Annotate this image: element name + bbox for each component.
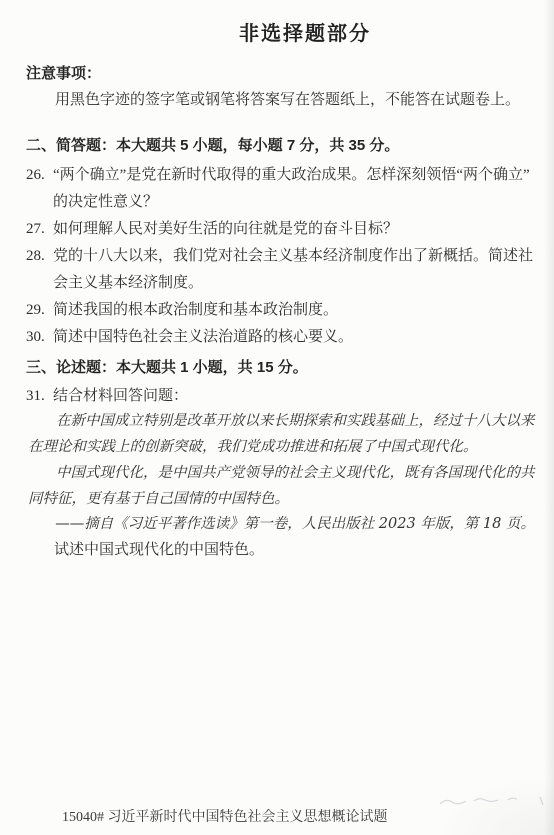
question-29-number: 29.: [26, 297, 45, 324]
material-paragraph-1: 在新中国成立特别是改革开放以来长期探索和实践基础上，经过十八大以来在理论和实践上…: [28, 408, 535, 460]
question-29-text: 简述我国的根本政治制度和基本政治制度。: [53, 302, 338, 318]
question-31-number: 31.: [26, 383, 45, 410]
question-30-number: 30.: [26, 324, 45, 351]
question-28-number: 28.: [26, 243, 45, 270]
question-30: 30. 简述中国特色社会主义法治道路的核心要义。: [26, 324, 535, 351]
question-26: 26. “两个确立”是党在新时代取得的重大政治成果。怎样深刻领悟“两个确立”的决…: [26, 162, 535, 216]
exam-paper-page: 非选择题部分 注意事项： 用黑色字迹的签字笔或钢笔将答案写在答题纸上，不能答在试…: [0, 0, 554, 835]
question-26-text: “两个确立”是党在新时代取得的重大政治成果。怎样深刻领悟“两个确立”的决定性意义…: [53, 167, 530, 210]
question-26-number: 26.: [26, 162, 45, 189]
question-30-text: 简述中国特色社会主义法治道路的核心要义。: [53, 329, 353, 345]
question-31-text: 结合材料回答问题：: [53, 388, 188, 404]
question-28: 28. 党的十八大以来，我们党对社会主义基本经济制度作出了新概括。简述社会主义基…: [26, 243, 535, 297]
question-27-number: 27.: [26, 216, 45, 243]
question-29: 29. 简述我国的根本政治制度和基本政治制度。: [26, 297, 535, 324]
question-31-task: 试述中国式现代化的中国特色。: [54, 537, 264, 564]
page-title: 非选择题部分: [28, 17, 554, 46]
section3-heading: 三、论述题：本大题共 1 小题，共 15 分。: [26, 356, 308, 377]
material-attribution: ——摘自《习近平著作选读》第一卷，人民出版社 2023 年版，第 18 页。: [28, 511, 535, 537]
notice-text: 用黑色字迹的签字笔或钢笔将答案写在答题纸上，不能答在试题卷上。: [55, 87, 520, 114]
section2-heading: 二、简答题：本大题共 5 小题，每小题 7 分，共 35 分。: [26, 134, 399, 155]
question-27-text: 如何理解人民对美好生活的向往就是党的奋斗目标？: [53, 221, 398, 237]
scan-edge-shadow: [544, 0, 554, 835]
question-28-text: 党的十八大以来，我们党对社会主义基本经济制度作出了新概括。简述社会主义基本经济制…: [53, 248, 533, 291]
question-31: 31. 结合材料回答问题：: [26, 383, 535, 410]
material-paragraph-2: 中国式现代化，是中国共产党领导的社会主义现代化，既有各国现代化的共同特征，更有基…: [28, 460, 535, 512]
footer-exam-code: 15040# 习近平新时代中国特色社会主义思想概论试题: [62, 806, 388, 826]
notice-heading: 注意事项：: [26, 62, 101, 83]
question-27: 27. 如何理解人民对美好生活的向往就是党的奋斗目标？: [26, 216, 535, 243]
scan-artifact-scribble: [438, 792, 550, 812]
